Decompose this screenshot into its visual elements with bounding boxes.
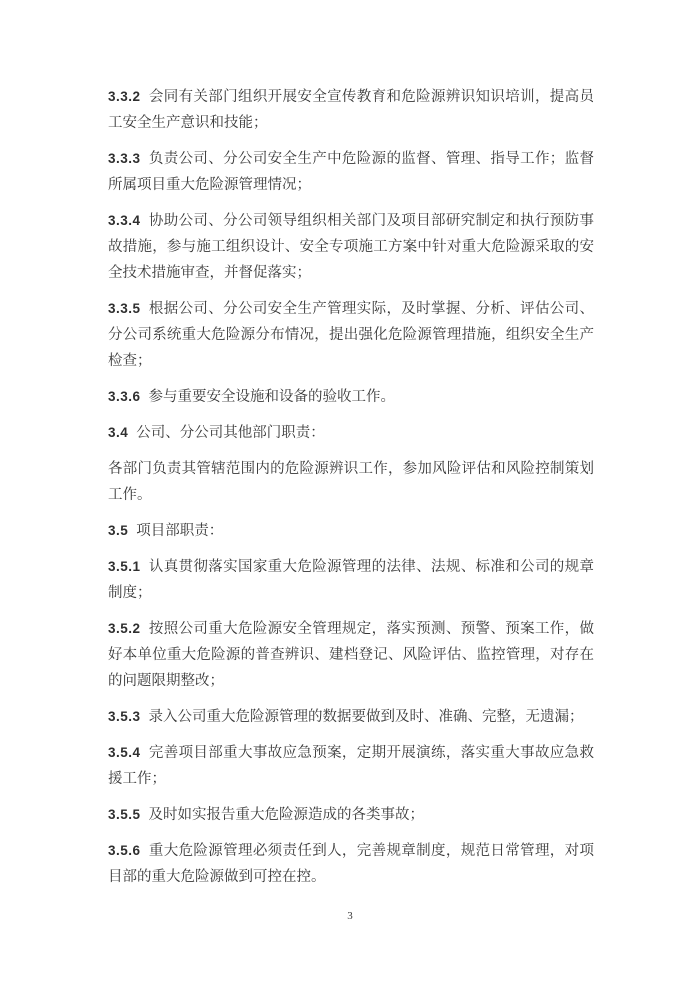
clause-3-5-2: 3.5.2按照公司重大危险源安全管理规定，落实预测、预警、预案工作，做好本单位重… bbox=[108, 616, 594, 694]
clause-number: 3.5 bbox=[108, 523, 128, 538]
clause-text: 会同有关部门组织开展安全宣传教育和危险源辨识知识培训，提高员工安全生产意识和技能… bbox=[108, 89, 594, 131]
clause-number: 3.5.6 bbox=[108, 843, 141, 858]
clause-number: 3.5.3 bbox=[108, 709, 141, 724]
clause-text: 各部门负责其管辖范围内的危险源辨识工作，参加风险评估和风险控制策划工作。 bbox=[108, 461, 594, 503]
document-page: 3.3.2会同有关部门组织开展安全宣传教育和危险源辨识知识培训，提高员工安全生产… bbox=[0, 0, 700, 990]
document-body: 3.3.2会同有关部门组织开展安全宣传教育和危险源辨识知识培训，提高员工安全生产… bbox=[108, 84, 594, 900]
clause-3-5-6: 3.5.6重大危险源管理必须责任到人，完善规章制度，规范日常管理，对项目部的重大… bbox=[108, 838, 594, 890]
clause-text: 负责公司、分公司安全生产中危险源的监督、管理、指导工作；监督所属项目重大危险源管… bbox=[108, 151, 594, 193]
clause-text: 参与重要安全设施和设备的验收工作。 bbox=[149, 389, 396, 405]
clause-number: 3.3.4 bbox=[108, 213, 141, 228]
clause-3-5: 3.5项目部职责： bbox=[108, 518, 594, 544]
clause-number: 3.5.2 bbox=[108, 621, 141, 636]
clause-3-3-2: 3.3.2会同有关部门组织开展安全宣传教育和危险源辨识知识培训，提高员工安全生产… bbox=[108, 84, 594, 136]
clause-number: 3.3.2 bbox=[108, 89, 141, 104]
clause-3-3-4: 3.3.4协助公司、分公司领导组织相关部门及项目部研究制定和执行预防事故措施，参… bbox=[108, 208, 594, 286]
page-number: 3 bbox=[0, 910, 700, 922]
clause-number: 3.3.6 bbox=[108, 389, 141, 404]
clause-3-5-3: 3.5.3录入公司重大危险源管理的数据要做到及时、准确、完整，无遗漏； bbox=[108, 704, 594, 730]
clause-3-3-5: 3.3.5根据公司、分公司安全生产管理实际，及时掌握、分析、评估公司、分公司系统… bbox=[108, 296, 594, 374]
clause-3-4-body: 各部门负责其管辖范围内的危险源辨识工作，参加风险评估和风险控制策划工作。 bbox=[108, 456, 594, 508]
clause-3-5-1: 3.5.1认真贯彻落实国家重大危险源管理的法律、法规、标准和公司的规章制度； bbox=[108, 554, 594, 606]
clause-text: 录入公司重大危险源管理的数据要做到及时、准确、完整，无遗漏； bbox=[149, 709, 584, 725]
clause-text: 重大危险源管理必须责任到人，完善规章制度，规范日常管理，对项目部的重大危险源做到… bbox=[108, 843, 594, 885]
clause-number: 3.5.5 bbox=[108, 807, 141, 822]
clause-text: 协助公司、分公司领导组织相关部门及项目部研究制定和执行预防事故措施，参与施工组织… bbox=[108, 213, 594, 281]
clause-3-5-5: 3.5.5及时如实报告重大危险源造成的各类事故； bbox=[108, 802, 594, 828]
clause-number: 3.3.5 bbox=[108, 301, 141, 316]
clause-text: 公司、分公司其他部门职责： bbox=[136, 425, 325, 441]
clause-number: 3.3.3 bbox=[108, 151, 141, 166]
clause-text: 根据公司、分公司安全生产管理实际，及时掌握、分析、评估公司、分公司系统重大危险源… bbox=[108, 301, 594, 369]
clause-text: 按照公司重大危险源安全管理规定，落实预测、预警、预案工作，做好本单位重大危险源的… bbox=[108, 621, 594, 689]
clause-text: 认真贯彻落实国家重大危险源管理的法律、法规、标准和公司的规章制度； bbox=[108, 559, 594, 601]
clause-number: 3.5.4 bbox=[108, 745, 141, 760]
clause-number: 3.4 bbox=[108, 425, 128, 440]
clause-3-4: 3.4公司、分公司其他部门职责： bbox=[108, 420, 594, 446]
clause-number: 3.5.1 bbox=[108, 559, 141, 574]
clause-3-3-3: 3.3.3负责公司、分公司安全生产中危险源的监督、管理、指导工作；监督所属项目重… bbox=[108, 146, 594, 198]
clause-text: 完善项目部重大事故应急预案，定期开展演练，落实重大事故应急救援工作； bbox=[108, 745, 594, 787]
clause-text: 项目部职责： bbox=[136, 523, 223, 539]
clause-3-5-4: 3.5.4完善项目部重大事故应急预案，定期开展演练，落实重大事故应急救援工作； bbox=[108, 740, 594, 792]
clause-3-3-6: 3.3.6参与重要安全设施和设备的验收工作。 bbox=[108, 384, 594, 410]
clause-text: 及时如实报告重大危险源造成的各类事故； bbox=[149, 807, 425, 823]
